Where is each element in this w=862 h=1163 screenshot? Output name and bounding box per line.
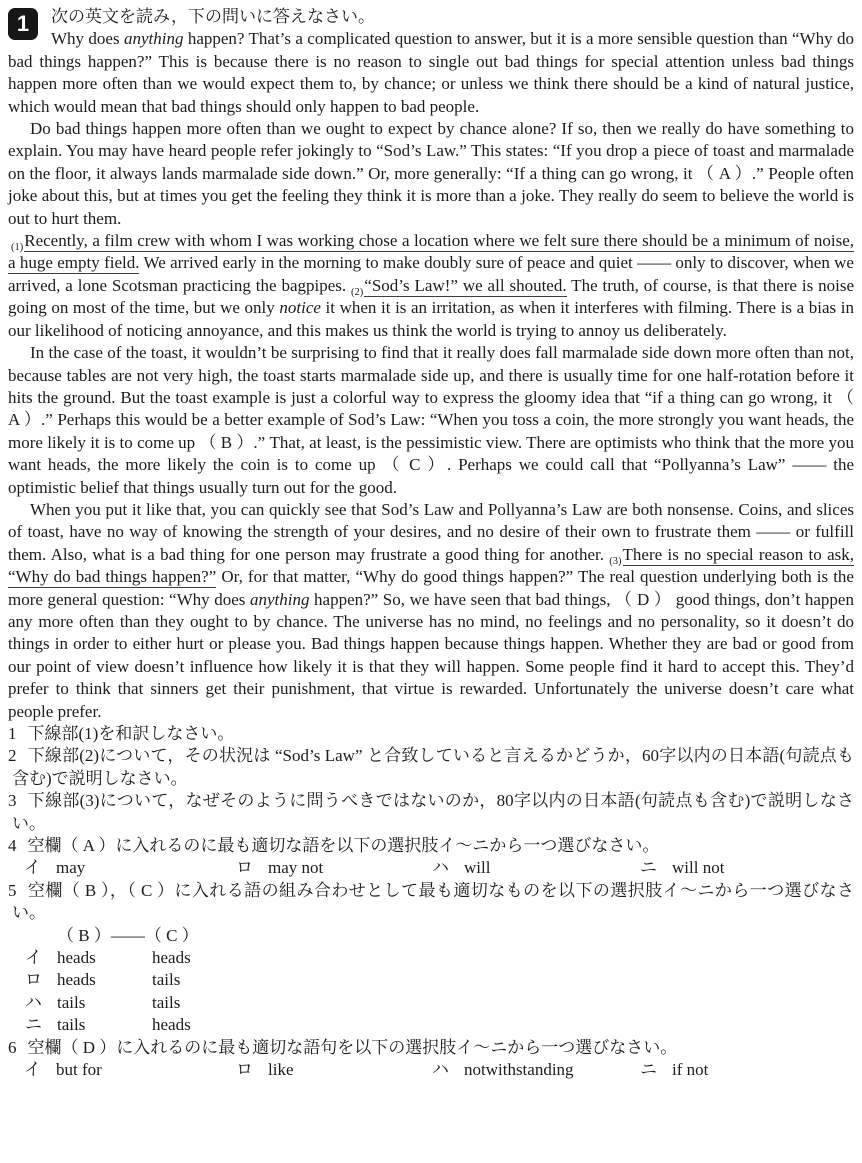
option-label: イ (24, 1059, 56, 1081)
question-text: 空欄（ B ），（ C ）に入れる語の組み合わせとして最も適切なものを以下の選択… (12, 881, 854, 922)
question-number: 2 (8, 746, 17, 765)
instruction-text: 次の英文を読み，下の問いに答えなさい。 (8, 6, 854, 28)
pair-c-value: tails (152, 970, 180, 989)
option-label: ニ (640, 857, 672, 879)
pair-b-value: heads (57, 969, 152, 991)
option-label: ハ (432, 1059, 464, 1081)
pair-option-row: ニtailsheads (8, 1014, 854, 1036)
pair-b-value: heads (57, 947, 152, 969)
option-label: ロ (236, 1059, 268, 1081)
question: 5空欄（ B ），（ C ）に入れる語の組み合わせとして最も適切なものを以下の選… (8, 880, 854, 925)
passage-text: Why does (51, 29, 124, 48)
pair-c-value: heads (152, 1015, 191, 1034)
passage-paragraph: In the case of the toast, it wouldn’t be… (8, 342, 854, 499)
underlined-passage: “Sod’s Law!” we all shouted. (364, 276, 566, 297)
question-text: 下線部(1)を和訳しなさい。 (28, 724, 235, 743)
question: 1下線部(1)を和訳しなさい。 (8, 723, 854, 745)
question: 6空欄（ D ）に入れるのに最も適切な語句を以下の選択肢イ～ニから一つ選びなさい… (8, 1037, 854, 1059)
question: 4空欄（ A ）に入れるのに最も適切な語を以下の選択肢イ～ニから一つ選びなさい。 (8, 835, 854, 857)
passage-paragraph: When you put it like that, you can quick… (8, 499, 854, 723)
section-number-badge: 1 (8, 8, 38, 40)
option-text: will (464, 858, 490, 877)
option-text: but for (56, 1060, 102, 1079)
option-label: ニ (25, 1014, 57, 1036)
pair-option-row: ロheadstails (8, 969, 854, 991)
option-label: ロ (25, 969, 57, 991)
question: 3下線部(3)について，なぜそのように問うべきではないのか，80字以内の日本語(… (8, 790, 854, 835)
option-item: ロmay not (236, 857, 432, 879)
option-label: ハ (25, 992, 57, 1014)
option-item: ハwill (432, 857, 640, 879)
option-text: if not (672, 1060, 708, 1079)
passage-text: happen?” So, we have seen that bad thing… (8, 590, 854, 721)
question-text: 下線部(3)について，なぜそのように問うべきではないのか，80字以内の日本語(句… (12, 791, 854, 832)
passage-paragraph: Why does anything happen? That’s a compl… (8, 28, 854, 118)
option-row: イmayロmay notハwillニwill not (8, 857, 854, 879)
option-item: イbut for (24, 1059, 236, 1081)
pair-column-header: （ B ）——（ C ） (8, 925, 854, 947)
pair-dash: —— (111, 926, 145, 945)
question-text: 下線部(2)について，その状況は “Sod’s Law” と合致していると言える… (12, 746, 854, 787)
option-item: ロlike (236, 1059, 432, 1081)
option-row: イbut forロlikeハnotwithstandingニif not (8, 1059, 854, 1081)
pair-option-row: ハtailstails (8, 992, 854, 1014)
underline-number-marker: (2) (351, 287, 363, 298)
pair-b-header: （ B ） (57, 926, 111, 945)
option-text: notwithstanding (464, 1060, 574, 1079)
question-number: 4 (8, 836, 17, 855)
pair-b-value: tails (57, 1014, 152, 1036)
option-text: will not (672, 858, 724, 877)
passage-paragraph: (1)Recently, a film crew with whom I was… (8, 230, 854, 342)
italic-word: notice (279, 298, 321, 317)
option-label: ニ (640, 1059, 672, 1081)
question-list: 1下線部(1)を和訳しなさい。2下線部(2)について，その状況は “Sod’s … (8, 723, 854, 1082)
exam-page: 1 次の英文を読み，下の問いに答えなさい。 Why does anything … (0, 0, 862, 1163)
question-text: 空欄（ A ）に入れるのに最も適切な語を以下の選択肢イ～ニから一つ選びなさい。 (28, 836, 660, 855)
pair-c-value: heads (152, 948, 191, 967)
passage-text: Do bad things happen more often than we … (8, 119, 854, 228)
option-label: ハ (432, 857, 464, 879)
pair-c-value: tails (152, 993, 180, 1012)
pair-c-header: （ C ） (145, 926, 199, 945)
passage-text: In the case of the toast, it wouldn’t be… (8, 343, 854, 496)
question: 2下線部(2)について，その状況は “Sod’s Law” と合致していると言え… (8, 745, 854, 790)
reading-passage: Why does anything happen? That’s a compl… (8, 28, 854, 723)
option-item: ニif not (640, 1059, 854, 1081)
option-label: イ (24, 857, 56, 879)
pair-b-value: tails (57, 992, 152, 1014)
option-text: may not (268, 858, 323, 877)
passage-paragraph: Do bad things happen more often than we … (8, 118, 854, 230)
question-number: 6 (8, 1038, 17, 1057)
pair-option-row: イheadsheads (8, 947, 854, 969)
underline-number-marker: (1) (11, 242, 23, 253)
italic-word: anything (124, 29, 184, 48)
italic-word: anything (250, 590, 310, 609)
option-text: like (268, 1060, 294, 1079)
question-number: 1 (8, 724, 17, 743)
question-text: 空欄（ D ）に入れるのに最も適切な語句を以下の選択肢イ～ニから一つ選びなさい。 (28, 1038, 678, 1057)
question-number: 3 (8, 791, 17, 810)
underline-number-marker: (3) (609, 556, 621, 567)
option-item: イmay (24, 857, 236, 879)
option-label: ロ (236, 857, 268, 879)
question-number: 5 (8, 881, 17, 900)
option-item: ニwill not (640, 857, 854, 879)
option-text: may (56, 858, 85, 877)
option-label: イ (25, 947, 57, 969)
option-item: ハnotwithstanding (432, 1059, 640, 1081)
